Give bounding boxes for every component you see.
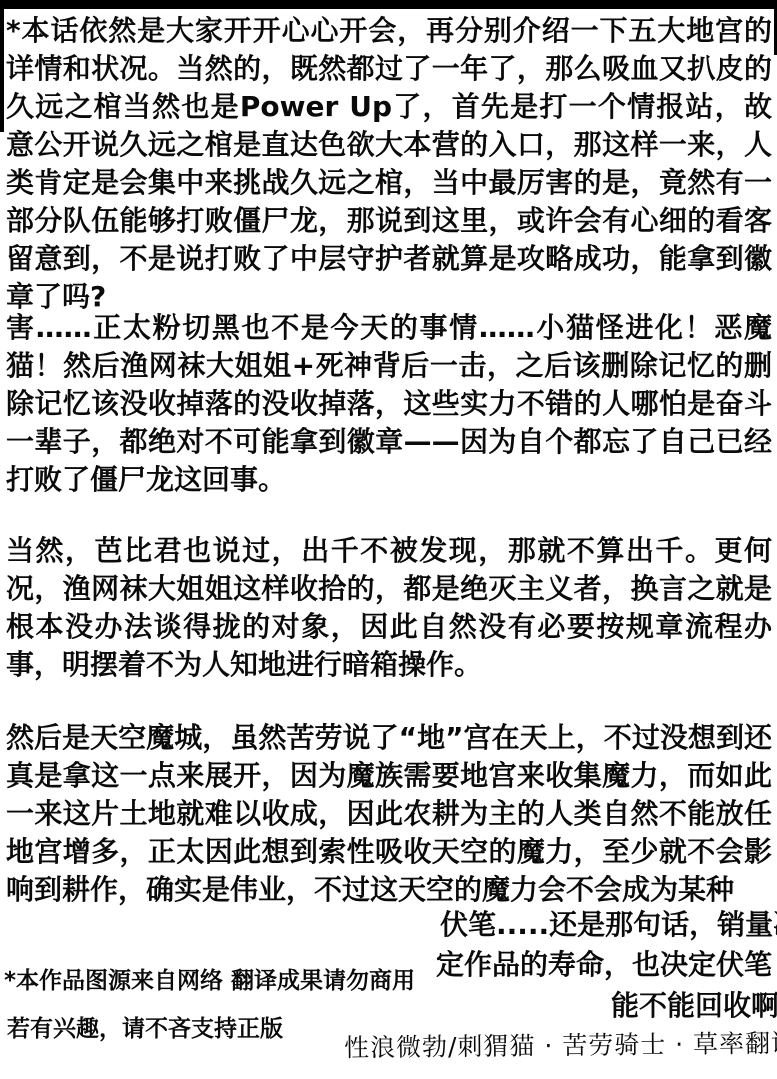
paragraph-3: 当然，芭比君也说过，出千不被发现，那就不算出千。更何况，渔网袜大姐姐这样收拾的，… [6,532,772,684]
paragraph-4-continuation-line-3: 能不能回收啊 [611,987,777,1025]
source-disclaimer-line: *本作品图源来自网络 翻译成果请勿商用 [4,966,415,996]
paragraph-4-continuation-line-2: 定作品的寿命，也决定伏笔 [436,946,772,984]
translator-note-page: *本话依然是大家开开心心开会，再分别介绍一下五大地宫的详情和状况。当然的，既然都… [0,0,777,1079]
paragraph-1: *本话依然是大家开开心心开会，再分别介绍一下五大地宫的详情和状况。当然的，既然都… [6,12,772,316]
support-official-line: 若有兴趣，请不吝支持正版 [7,1014,283,1044]
translator-credit-signature: 性浪微勃/刺猬猫 · 苦劳骑士 · 草率翻译 [344,1028,777,1065]
paragraph-4-continuation-line-1: 伏笔.....还是那句话，销量决 [440,906,777,944]
scan-border-left [0,0,4,132]
scan-border-top [0,0,777,9]
paragraph-4: 然后是天空魔城，虽然苦劳说了“地”宫在天上，不过没想到还真是拿这一点来展开，因为… [6,719,772,909]
paragraph-2: 害……正太粉切黑也不是今天的事情……小猫怪进化！恶魔猫！然后渔网袜大姐姐+死神背… [6,309,772,499]
